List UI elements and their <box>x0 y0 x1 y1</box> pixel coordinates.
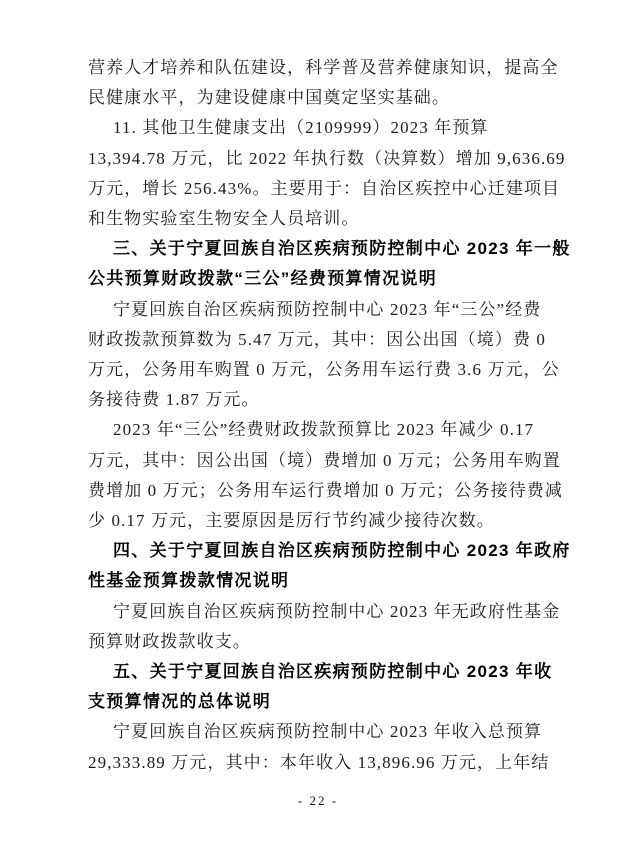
text-line: 29,333.89 万元，其中：本年收入 13,896.96 万元，上年结 <box>88 748 570 778</box>
text-line: 民健康水平，为建设健康中国奠定坚实基础。 <box>88 83 570 113</box>
paragraph: 宁夏回族自治区疾病预防控制中心 2023 年无政府性基金预算财政拨款收支。 <box>88 597 570 657</box>
text-line: 宁夏回族自治区疾病预防控制中心 2023 年收入总预算 <box>88 717 570 747</box>
paragraph: 11. 其他卫生健康支出（2109999）2023 年预算13,394.78 万… <box>88 113 570 234</box>
section-heading: 五、关于宁夏回族自治区疾病预防控制中心 2023 年收支预算情况的总体说明 <box>88 657 570 717</box>
paragraph: 2023 年“三公”经费财政拨款预算比 2023 年减少 0.17万元，其中：因… <box>88 415 570 536</box>
document-page: 营养人才培养和队伍建设，科学普及营养健康知识，提高全民健康水平，为建设健康中国奠… <box>0 0 636 859</box>
text-line: 预算财政拨款收支。 <box>88 627 570 657</box>
text-line: 性基金预算拨款情况说明 <box>88 566 570 596</box>
text-line: 万元，增长 256.43%。主要用于：自治区疾控中心迁建项目 <box>88 174 570 204</box>
document-content: 营养人才培养和队伍建设，科学普及营养健康知识，提高全民健康水平，为建设健康中国奠… <box>88 53 570 778</box>
paragraph: 营养人才培养和队伍建设，科学普及营养健康知识，提高全民健康水平，为建设健康中国奠… <box>88 53 570 113</box>
page-number: - 22 - <box>298 793 338 808</box>
text-line: 财政拨款预算数为 5.47 万元，其中：因公出国（境）费 0 <box>88 325 570 355</box>
text-line: 万元，公务用车购置 0 万元，公务用车运行费 3.6 万元，公 <box>88 355 570 385</box>
section-heading: 四、关于宁夏回族自治区疾病预防控制中心 2023 年政府性基金预算拨款情况说明 <box>88 536 570 596</box>
text-line: 宁夏回族自治区疾病预防控制中心 2023 年无政府性基金 <box>88 597 570 627</box>
text-line: 和生物实验室生物安全人员培训。 <box>88 204 570 234</box>
text-line: 万元，其中：因公出国（境）费增加 0 万元；公务用车购置 <box>88 446 570 476</box>
text-line: 13,394.78 万元，比 2022 年执行数（决算数）增加 9,636.69 <box>88 144 570 174</box>
text-line: 营养人才培养和队伍建设，科学普及营养健康知识，提高全 <box>88 53 570 83</box>
section-heading: 三、关于宁夏回族自治区疾病预防控制中心 2023 年一般公共预算财政拨款“三公”… <box>88 234 570 294</box>
text-line: 务接待费 1.87 万元。 <box>88 385 570 415</box>
text-line: 五、关于宁夏回族自治区疾病预防控制中心 2023 年收 <box>88 657 570 687</box>
text-line: 宁夏回族自治区疾病预防控制中心 2023 年“三公”经费 <box>88 295 570 325</box>
text-line: 11. 其他卫生健康支出（2109999）2023 年预算 <box>88 113 570 143</box>
text-line: 费增加 0 万元；公务用车运行费增加 0 万元；公务接待费减 <box>88 476 570 506</box>
text-line: 2023 年“三公”经费财政拨款预算比 2023 年减少 0.17 <box>88 415 570 445</box>
page-footer: - 22 - <box>0 792 636 810</box>
text-line: 四、关于宁夏回族自治区疾病预防控制中心 2023 年政府 <box>88 536 570 566</box>
text-line: 公共预算财政拨款“三公”经费预算情况说明 <box>88 264 570 294</box>
text-line: 三、关于宁夏回族自治区疾病预防控制中心 2023 年一般 <box>88 234 570 264</box>
paragraph: 宁夏回族自治区疾病预防控制中心 2023 年收入总预算29,333.89 万元，… <box>88 717 570 777</box>
paragraph: 宁夏回族自治区疾病预防控制中心 2023 年“三公”经费财政拨款预算数为 5.4… <box>88 295 570 416</box>
text-line: 支预算情况的总体说明 <box>88 687 570 717</box>
text-line: 少 0.17 万元，主要原因是厉行节约减少接待次数。 <box>88 506 570 536</box>
